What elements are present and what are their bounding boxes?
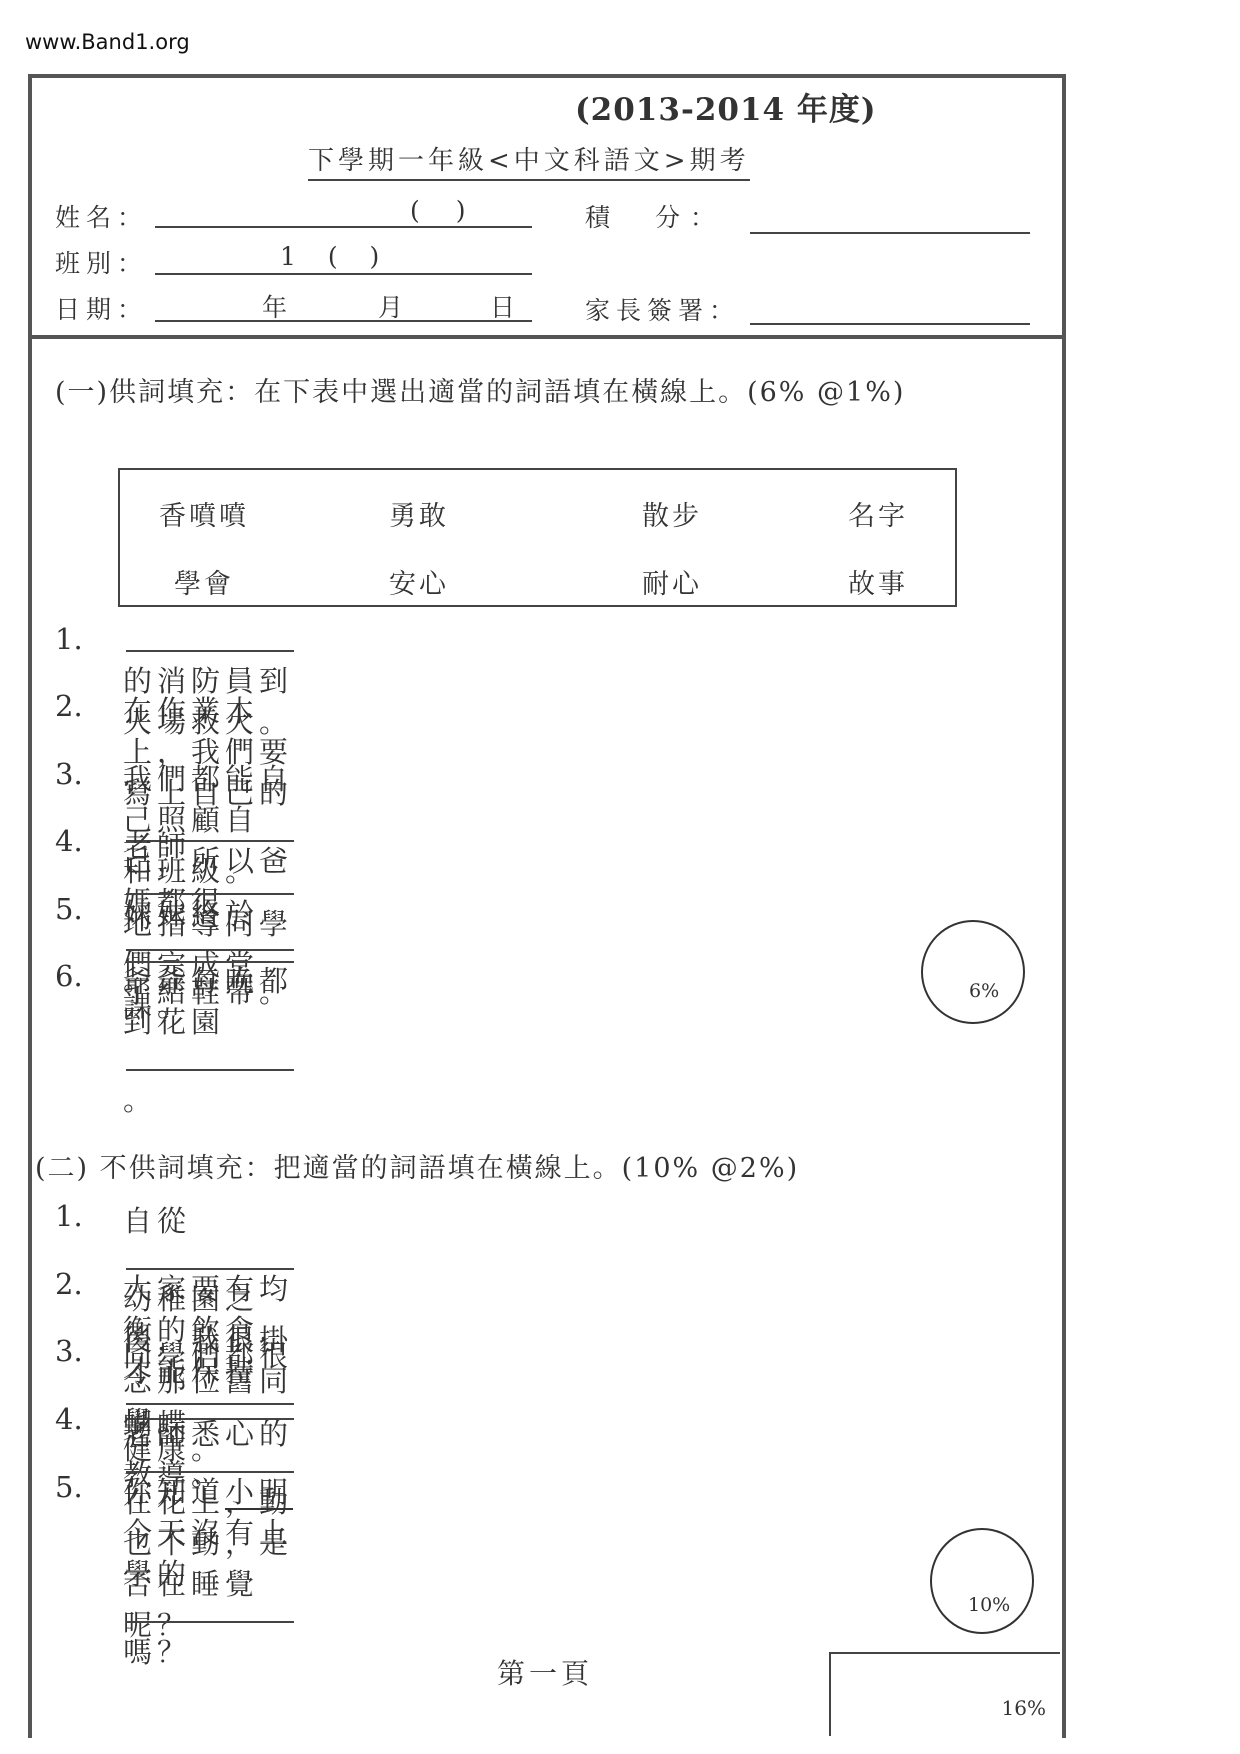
question-text-before: 妹妹終於: [123, 897, 259, 931]
date-field[interactable]: [155, 320, 532, 322]
question-number: 4.: [55, 824, 83, 858]
section2-score-circle: 10%: [930, 1528, 1034, 1634]
question-number: 1.: [55, 1199, 83, 1233]
question-number: 2.: [55, 1267, 83, 1301]
proper-name-underlined: 小明: [225, 1475, 293, 1509]
word-bank-item: 學會: [174, 562, 234, 601]
name-label: 姓名：: [55, 198, 148, 234]
question-number: 4.: [55, 1402, 83, 1436]
word-bank-item: 勇敢: [389, 494, 449, 533]
question-text-before: 蝴蝶: [123, 1407, 191, 1441]
question-number: 5.: [55, 892, 83, 926]
question-text-before: 自從: [123, 1204, 191, 1238]
question-text-after: 。: [123, 1083, 157, 1117]
score-field[interactable]: [750, 232, 1030, 234]
date-label: 日期：: [55, 290, 148, 326]
word-bank-item: 香噴噴: [159, 494, 249, 533]
question-text-before: 今天沒有上學的: [123, 1516, 293, 1591]
section2-title: (二) 不供詞填充：把適當的詞語填在橫線上。(10% @2%): [35, 1146, 799, 1185]
question-number: 6.: [55, 959, 83, 993]
answer-blank[interactable]: [126, 1593, 294, 1623]
class-field[interactable]: [155, 273, 532, 275]
answer-blank[interactable]: [126, 1443, 294, 1473]
section1-score-value: 6%: [969, 980, 999, 1002]
section1-title: (一)供詞填充：在下表中選出適當的詞語填在橫線上。(6% @1%): [55, 370, 905, 409]
page-total-score: 16%: [1002, 1696, 1046, 1720]
header-divider: [28, 335, 1066, 339]
page-total-score-box: 16%: [829, 1652, 1060, 1736]
page-number: 第一頁: [497, 1652, 593, 1692]
word-bank-item: 散步: [642, 494, 702, 533]
word-bank-item: 耐心: [642, 562, 702, 601]
question-number: 2.: [55, 689, 83, 723]
section1-score-circle: 6%: [921, 920, 1025, 1024]
exam-title: 下學期一年級<中文科語文>期考: [308, 140, 750, 181]
answer-blank[interactable]: [126, 865, 294, 895]
question-text-before: 老師: [123, 829, 191, 863]
class-value: 1 ( ): [280, 242, 391, 271]
answer-blank[interactable]: [126, 1375, 294, 1405]
date-month-char: 月: [378, 288, 403, 324]
name-field[interactable]: [155, 226, 532, 228]
answer-blank[interactable]: [126, 1240, 294, 1270]
question-text-after: 嗎？: [123, 1635, 191, 1669]
date-year-char: 年: [262, 288, 287, 324]
question-number: 3.: [55, 757, 83, 791]
watermark: www.Band1.org: [25, 30, 190, 54]
word-bank-item: 故事: [848, 562, 908, 601]
question-text-before: 爺爺每晚都到花園: [123, 964, 293, 1039]
question-number: 1.: [55, 622, 83, 656]
question-text-before: 你知道: [123, 1475, 225, 1509]
parent-signature-field[interactable]: [750, 323, 1030, 325]
section2-score-value: 10%: [968, 1594, 1010, 1616]
question-number: 5.: [55, 1470, 83, 1504]
word-bank-box: 香噴噴 勇敢 散步 名字 學會 安心 耐心 故事: [118, 468, 957, 607]
parent-signature-label: 家長簽署：: [585, 291, 740, 327]
class-label: 班別：: [55, 244, 148, 280]
question-number: 3.: [55, 1334, 83, 1368]
score-label: 積 分：: [585, 198, 725, 234]
academic-year: (2013-2014 年度): [575, 84, 877, 129]
word-bank-item: 名字: [848, 494, 908, 533]
question-text-before: 同學們都很: [123, 1339, 293, 1373]
class-number-paren: ( ): [410, 196, 479, 225]
word-bank-item: 安心: [389, 562, 449, 601]
date-day-char: 日: [490, 288, 515, 324]
answer-blank[interactable]: [126, 1041, 294, 1071]
answer-blank[interactable]: [126, 622, 294, 652]
